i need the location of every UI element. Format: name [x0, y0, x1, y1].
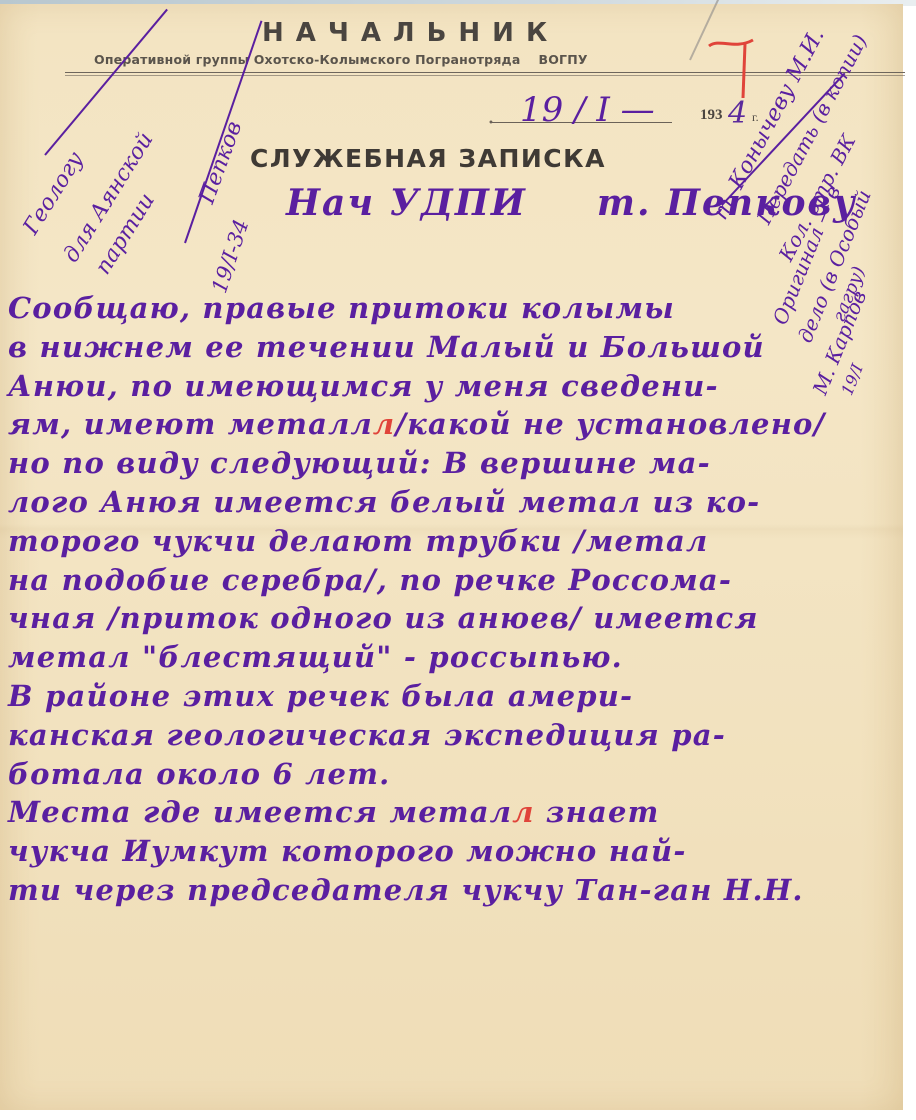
- body-line: но по виду следующий: В вершине ма-: [8, 444, 888, 483]
- body-line: на подобие серебра/, по речке Россома-: [8, 561, 888, 600]
- left-margin-signature: Пепков: [195, 118, 248, 207]
- handwritten-year-digit: 4: [728, 96, 747, 131]
- body-line: ботала около 6 лет.: [8, 755, 888, 794]
- body-line: Сообщаю, правые притоки колымы: [8, 289, 888, 328]
- memo-title: СЛУЖЕБНАЯ ЗАПИСКА: [250, 144, 606, 173]
- body-line-text: /какой не установлено/: [395, 407, 825, 441]
- body-line: в нижнем ее течении Малый и Большой: [8, 328, 888, 367]
- letterhead-rule: [65, 72, 905, 73]
- body-line-text: ям, имеют металл: [8, 407, 373, 441]
- margin-divider-line: [44, 9, 168, 156]
- body-line: торого чукчи делают трубки /метал: [8, 522, 888, 561]
- body-line-text: знает: [535, 795, 660, 829]
- body-line: Анюи, по имеющимся у меня сведени-: [8, 367, 888, 406]
- letterhead-agency: ВОГПУ: [539, 52, 588, 67]
- body-line: чукча Иумкут которого можно най-: [8, 832, 888, 871]
- body-line: В районе этих речек была амери-: [8, 677, 888, 716]
- letterhead-subtitle: Оперативной группы Охотско-Колымского По…: [94, 52, 588, 67]
- red-correction: л: [373, 407, 395, 441]
- memo-body: Сообщаю, правые притоки колымы в нижнем …: [8, 289, 888, 910]
- red-correction: л: [512, 795, 534, 829]
- left-margin-date: 19/I-34: [207, 216, 253, 296]
- body-line: Места где имеется металл знает: [8, 793, 888, 832]
- body-line: лого Анюя имеется белый метал из ко-: [8, 483, 888, 522]
- body-line: чная /приток одного из анюев/ имеется: [8, 599, 888, 638]
- body-line: ти через председателя чукчу Тан-ган Н.Н.: [8, 871, 888, 910]
- body-line-text: Места где имеется метал: [8, 795, 512, 829]
- red-pencil-number-mark: [705, 34, 765, 100]
- body-line: ям, имеют металлл/какой не установлено/: [8, 405, 888, 444]
- letterhead-unit: Оперативной группы Охотско-Колымского По…: [94, 52, 521, 67]
- body-line: метал "блестящий" - россыпью.: [8, 638, 888, 677]
- addressee-line: Нач УДПИ: [286, 182, 527, 224]
- body-line: канская геологическая экспедиция ра-: [8, 716, 888, 755]
- handwritten-date: 19 / I —: [520, 90, 655, 130]
- date-dot: •: [488, 118, 494, 129]
- printed-year: 193: [700, 107, 723, 124]
- paper-sheet: НАЧАЛЬНИК Оперативной группы Охотско-Кол…: [0, 4, 903, 1110]
- letterhead-title: НАЧАЛЬНИК: [262, 18, 559, 48]
